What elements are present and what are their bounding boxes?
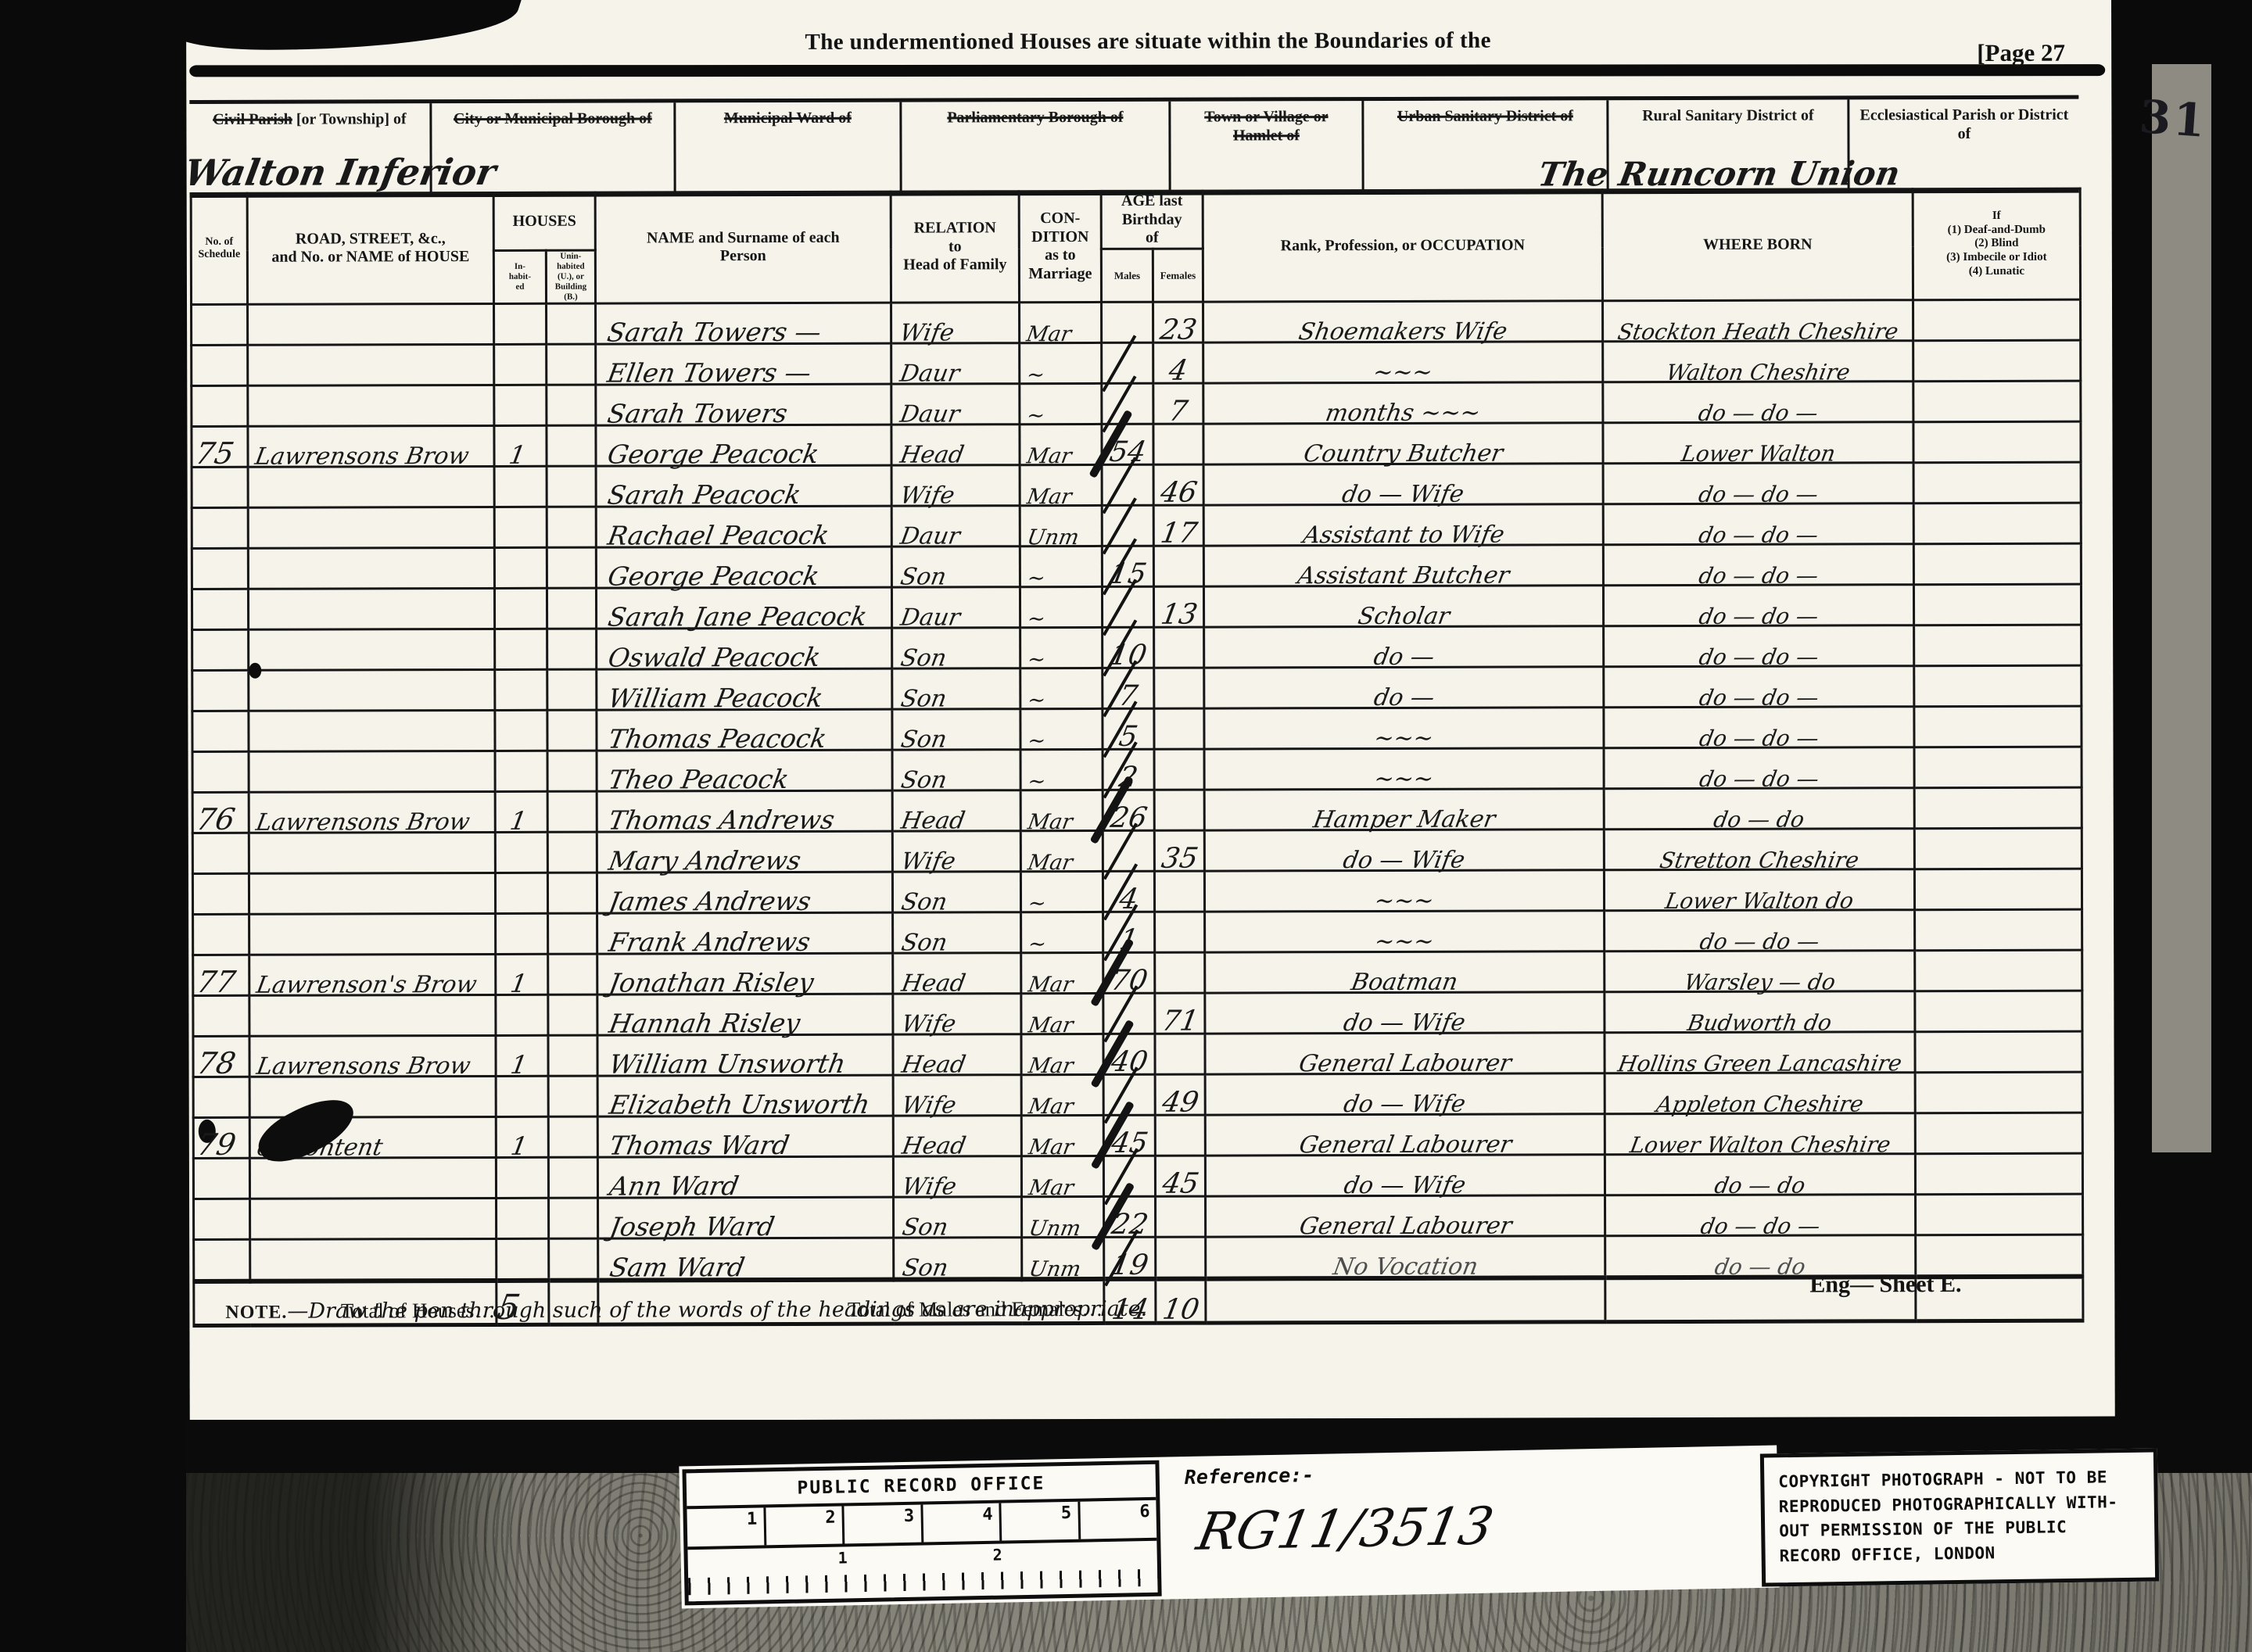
table-row: Elizabeth UnsworthWifeMar49do — WifeAppl… bbox=[193, 1072, 2082, 1117]
cell-relation: Head bbox=[893, 1115, 1021, 1156]
cell-relation: Wife bbox=[893, 993, 1021, 1034]
cell-occupation-text: Hamper Maker bbox=[1311, 805, 1497, 833]
cell-disability bbox=[1915, 991, 2082, 1032]
cell-name: Sarah Towers — bbox=[596, 303, 891, 344]
table-row: 78Lawrensons Brow1William UnsworthHeadMa… bbox=[193, 1031, 2082, 1077]
cell-name-text: William Peacock bbox=[595, 682, 826, 713]
cell-occupation: General Labourer bbox=[1205, 1032, 1605, 1073]
cell-uninhabited bbox=[547, 466, 596, 507]
cell-age-female: 13 bbox=[1153, 586, 1203, 627]
cell-born-text: do — do — bbox=[1697, 481, 1820, 507]
cell-schedule: 76 bbox=[192, 792, 249, 833]
cell-born-text: do — do bbox=[1712, 806, 1806, 832]
cell-schedule: 77 bbox=[193, 955, 249, 995]
total-females-value: 10 bbox=[1156, 1278, 1206, 1323]
cell-name: Rachael Peacock bbox=[596, 506, 891, 547]
cell-condition-text: Mar bbox=[1020, 810, 1074, 834]
cell-relation: Daur bbox=[891, 383, 1020, 424]
cell-born: do — do — bbox=[1603, 462, 1913, 503]
cell-born: Warsley — do bbox=[1605, 950, 1915, 991]
cell-name-text: Sam Ward bbox=[597, 1252, 747, 1283]
cell-disability bbox=[1914, 869, 2082, 910]
cell-schedule bbox=[192, 751, 249, 792]
cell-born-text: do — do — bbox=[1697, 643, 1820, 669]
cell-road bbox=[248, 344, 494, 385]
cell-born-text: do — do — bbox=[1697, 725, 1820, 751]
cell-age-female bbox=[1155, 1115, 1205, 1156]
cell-name: Joseph Ward bbox=[598, 1197, 894, 1238]
cell-condition-text: Unm bbox=[1020, 1217, 1082, 1241]
cell-born: Walton Cheshire bbox=[1603, 340, 1913, 382]
cell-schedule bbox=[192, 385, 248, 426]
cell-occupation-text: ~~~ bbox=[1372, 887, 1436, 914]
cell-occupation-text: ~~~ bbox=[1372, 927, 1436, 955]
cell-name-text: Ann Ward bbox=[597, 1170, 741, 1201]
cell-occupation-text: Boatman bbox=[1349, 968, 1460, 995]
census-table: No. of Schedule ROAD, STREET, &c., and N… bbox=[190, 188, 2085, 1328]
table-row: Hannah RisleyWifeMar71do — WifeBudworth … bbox=[193, 991, 2082, 1036]
cell-schedule bbox=[192, 629, 249, 670]
cell-occupation: Assistant Butcher bbox=[1203, 544, 1603, 586]
cell-name: Ann Ward bbox=[597, 1156, 893, 1198]
cell-name: George Peacock bbox=[596, 425, 891, 466]
cell-relation: Son bbox=[891, 546, 1020, 586]
cell-born-text: do — do — bbox=[1698, 765, 1821, 791]
cell-road: Lawrensons Brow bbox=[248, 425, 494, 467]
cell-born-text: do — do bbox=[1713, 1253, 1808, 1279]
cell-born: do — do — bbox=[1603, 381, 1913, 422]
cell-relation: Wife bbox=[892, 830, 1020, 871]
cell-inhabited-text: 1 bbox=[495, 1131, 530, 1160]
cell-inhabited bbox=[495, 629, 547, 669]
cell-condition-text: ~ bbox=[1019, 607, 1047, 631]
cell-age-female-text: 46 bbox=[1158, 476, 1200, 508]
cell-disability bbox=[1916, 1194, 2083, 1235]
table-row: Mary AndrewsWifeMar35do — WifeStretton C… bbox=[192, 828, 2082, 873]
cell-relation-text: Wife bbox=[892, 1173, 959, 1200]
cell-occupation: ~~~ bbox=[1204, 707, 1604, 748]
cell-born-text: Warsley — do bbox=[1682, 969, 1837, 995]
cell-road bbox=[248, 385, 494, 426]
cell-disability bbox=[1913, 543, 2081, 585]
cell-uninhabited bbox=[549, 1238, 598, 1281]
cell-disability bbox=[1915, 1031, 2082, 1073]
cell-inhabited bbox=[494, 507, 547, 547]
copyright-stamp-box: COPYRIGHT PHOTOGRAPH - NOT TO BEREPRODUC… bbox=[1760, 1448, 2159, 1586]
cell-relation-text: Head bbox=[892, 1132, 968, 1159]
col-header-occupation: Rank, Profession, or OCCUPATION bbox=[1203, 190, 1602, 302]
boundary-cell-label: Urban Sanitary District of bbox=[1397, 107, 1573, 125]
cell-born-text: do — do — bbox=[1696, 400, 1820, 425]
cell-schedule bbox=[192, 711, 249, 751]
cell-relation: Son bbox=[892, 749, 1020, 790]
cell-age-female bbox=[1154, 627, 1204, 668]
cell-relation-text: Wife bbox=[891, 482, 957, 509]
cell-occupation-text: months ~~~ bbox=[1324, 399, 1483, 427]
cell-occupation: General Labourer bbox=[1205, 1113, 1605, 1155]
cell-name: Sam Ward bbox=[598, 1238, 894, 1280]
cell-relation: Head bbox=[891, 424, 1020, 464]
cell-condition: Mar bbox=[1020, 302, 1102, 342]
cell-occupation-text: do — bbox=[1372, 643, 1436, 670]
cell-road: of Content bbox=[249, 1116, 496, 1158]
cell-road bbox=[249, 710, 495, 751]
pro-stamp-box: PUBLIC RECORD OFFICE 123456 1 2 bbox=[682, 1460, 1161, 1606]
cell-name-text: George Peacock bbox=[595, 560, 822, 591]
cell-born: do — do — bbox=[1604, 706, 1914, 747]
cell-uninhabited bbox=[547, 629, 597, 669]
table-row: Frank AndrewsSon~1~~~do — do — bbox=[193, 909, 2082, 955]
folio-number: 31 bbox=[2138, 90, 2209, 148]
cell-relation-text: Son bbox=[891, 888, 949, 916]
cell-occupation-text: do — bbox=[1372, 683, 1436, 711]
cell-age-female: 49 bbox=[1155, 1074, 1205, 1115]
reference-value: RG11/3513 bbox=[1192, 1496, 1498, 1562]
ruler-inch-2: 2 bbox=[992, 1546, 1002, 1564]
cell-relation-text: Daur bbox=[890, 360, 962, 387]
cell-relation: Daur bbox=[891, 342, 1020, 383]
boundary-cell-value: The Runcorn Union bbox=[1535, 154, 1902, 195]
cell-condition: Unm bbox=[1020, 505, 1102, 546]
ruler-cm-cell: 2 bbox=[766, 1506, 844, 1545]
cell-inhabited: 1 bbox=[495, 791, 547, 832]
cell-condition: ~ bbox=[1020, 749, 1103, 790]
cell-condition-text: Mar bbox=[1019, 485, 1074, 509]
cell-inhabited-text: 1 bbox=[493, 805, 529, 835]
boundary-cell-value: Walton Inferior bbox=[181, 151, 500, 195]
cell-schedule bbox=[192, 873, 249, 914]
cell-condition: Mar bbox=[1020, 830, 1103, 871]
cell-occupation: do — Wife bbox=[1204, 829, 1604, 870]
cell-age-female bbox=[1155, 952, 1205, 993]
cell-born-text: Lower Walton do bbox=[1663, 887, 1856, 914]
cell-disability bbox=[1914, 665, 2082, 707]
cell-inhabited bbox=[497, 1198, 549, 1238]
cell-born: Stockton Heath Cheshire bbox=[1603, 299, 1913, 341]
scan-paper-edge bbox=[2152, 64, 2211, 1152]
cell-name: Sarah Jane Peacock bbox=[596, 587, 891, 629]
cell-schedule bbox=[192, 467, 248, 507]
cell-born-text: Walton Cheshire bbox=[1664, 359, 1852, 385]
reference-zone: Reference:- RG11/3513 bbox=[1162, 1446, 1779, 1600]
cell-condition: ~ bbox=[1020, 871, 1103, 912]
cell-relation-text: Son bbox=[891, 766, 949, 794]
cell-inhabited-text: 1 bbox=[494, 1049, 529, 1079]
cell-born: Stretton Cheshire bbox=[1604, 828, 1914, 869]
cell-road bbox=[248, 466, 494, 507]
cell-inhabited: 1 bbox=[494, 425, 547, 466]
copyright-line: RECORD OFFICE, LONDON bbox=[1779, 1539, 2143, 1568]
cell-age-female: 17 bbox=[1153, 505, 1203, 546]
cell-born: do — do — bbox=[1604, 625, 1914, 666]
cell-condition: Mar bbox=[1021, 952, 1103, 993]
cell-born: Lower Walton bbox=[1603, 421, 1913, 463]
cell-born: do — do — bbox=[1604, 665, 1914, 707]
cell-relation: Daur bbox=[891, 505, 1020, 546]
ruler-cm-cell: 4 bbox=[923, 1503, 1002, 1543]
boundary-cell: Civil Parish [or Township] of Walton Inf… bbox=[189, 103, 432, 193]
cell-name-text: Elizabeth Unsworth bbox=[596, 1088, 872, 1120]
cell-age-female bbox=[1153, 546, 1203, 586]
cell-relation: Son bbox=[892, 871, 1020, 912]
cell-born-text: Hollins Green Lancashire bbox=[1616, 1050, 1904, 1077]
cell-born: Lower Walton Cheshire bbox=[1605, 1113, 1915, 1154]
cell-occupation-text: do — Wife bbox=[1342, 1009, 1468, 1036]
cell-inhabited bbox=[494, 466, 547, 507]
cell-relation: Son bbox=[892, 668, 1020, 708]
ruler-cm-cell: 1 bbox=[687, 1507, 766, 1546]
cell-age-female-text: 35 bbox=[1159, 842, 1200, 874]
cell-inhabited bbox=[495, 751, 547, 791]
cell-relation: Son bbox=[894, 1237, 1022, 1279]
cell-occupation: General Labourer bbox=[1206, 1195, 1605, 1236]
cell-schedule bbox=[192, 345, 248, 385]
cell-occupation: do — Wife bbox=[1205, 991, 1605, 1033]
cell-inhabited-text: 1 bbox=[494, 968, 529, 998]
cell-occupation: do — Wife bbox=[1205, 1154, 1605, 1195]
boundary-cell-label: Municipal Ward of bbox=[724, 109, 852, 127]
cell-age-female: 46 bbox=[1153, 464, 1203, 505]
cell-disability bbox=[1913, 584, 2081, 625]
table-row: Rachael PeacockDaurUnm17Assistant to Wif… bbox=[192, 503, 2081, 548]
cell-uninhabited bbox=[547, 710, 597, 751]
cell-road bbox=[248, 303, 494, 345]
cell-name: Ellen Towers — bbox=[596, 343, 891, 385]
cell-relation: Head bbox=[892, 790, 1020, 830]
footer-note: NOTE.—Draw the pen through such of the w… bbox=[225, 1297, 1147, 1324]
table-row: Thomas PeacockSon~5~~~do — do — bbox=[192, 706, 2082, 751]
cell-born-text: do — do — bbox=[1697, 684, 1820, 710]
boundary-cell: Municipal Ward of bbox=[676, 102, 902, 192]
cell-relation-text: Head bbox=[891, 969, 967, 997]
cell-condition: ~ bbox=[1020, 586, 1102, 627]
cell-age-female: 4 bbox=[1153, 342, 1203, 383]
cell-name-text: Joseph Ward bbox=[597, 1211, 777, 1242]
cell-born-text: Appleton Cheshire bbox=[1655, 1091, 1866, 1117]
cell-relation-text: Son bbox=[891, 563, 948, 590]
cell-disability bbox=[1915, 1113, 2082, 1154]
cell-occupation-text: No Vocation bbox=[1331, 1252, 1480, 1280]
cell-schedule-text: 79 bbox=[192, 1127, 238, 1161]
cell-born-text: do — do — bbox=[1697, 521, 1820, 547]
table-row: George PeacockSon~15Assistant Butcherdo … bbox=[192, 543, 2081, 589]
cell-inhabited bbox=[495, 832, 547, 873]
cell-occupation: do — bbox=[1204, 625, 1604, 667]
cell-schedule bbox=[194, 1239, 250, 1281]
cell-name-text: Sarah Towers — bbox=[594, 316, 824, 347]
cell-relation-text: Son bbox=[891, 726, 948, 753]
cell-born: Lower Walton do bbox=[1604, 869, 1914, 910]
cell-inhabited bbox=[494, 588, 547, 629]
cell-road: Lawrensons Brow bbox=[249, 791, 495, 833]
cell-born: Hollins Green Lancashire bbox=[1605, 1031, 1915, 1073]
ruler-cm-cell: 5 bbox=[1001, 1502, 1080, 1541]
census-body: Sarah Towers —WifeMar23Shoemakers WifeSt… bbox=[192, 299, 2083, 1281]
cell-inhabited bbox=[496, 994, 548, 1035]
cell-relation-text: Wife bbox=[891, 848, 958, 875]
cell-age-female bbox=[1154, 708, 1204, 749]
cell-uninhabited bbox=[547, 385, 596, 425]
table-row: 75Lawrensons Brow1George PeacockHeadMar5… bbox=[192, 421, 2081, 467]
cell-relation: Head bbox=[893, 952, 1021, 993]
col-header-name: NAME and Surname of each Person bbox=[595, 192, 891, 303]
cell-condition-text: ~ bbox=[1020, 769, 1048, 794]
cell-condition: Mar bbox=[1021, 1156, 1103, 1196]
cell-occupation: ~~~ bbox=[1205, 910, 1605, 951]
cell-inhabited: 1 bbox=[496, 1116, 548, 1157]
cell-name: Theo Peacock bbox=[597, 750, 892, 791]
cell-born-text: Stockton Heath Cheshire bbox=[1615, 318, 1900, 345]
cell-disability bbox=[1915, 1153, 2082, 1195]
cell-name: Hannah Risley bbox=[597, 994, 893, 1035]
cell-name: William Unsworth bbox=[597, 1034, 893, 1076]
table-row: Oswald PeacockSon~10do —do — do — bbox=[192, 625, 2082, 670]
cell-schedule: 78 bbox=[193, 1036, 249, 1077]
cell-road bbox=[248, 588, 494, 629]
cell-name-text: George Peacock bbox=[594, 439, 821, 470]
cell-age-female bbox=[1156, 1196, 1206, 1237]
boundary-header: Civil Parish [or Township] of Walton Inf… bbox=[189, 95, 2078, 198]
cell-uninhabited bbox=[547, 588, 596, 629]
boundary-cell: Rural Sanitary District of The Runcorn U… bbox=[1608, 99, 1849, 189]
cell-age-female-text: 49 bbox=[1160, 1086, 1201, 1118]
col-header-females: Females bbox=[1153, 249, 1203, 302]
cell-age-female-text: 17 bbox=[1158, 517, 1200, 549]
cell-age-female-text: 4 bbox=[1167, 354, 1190, 386]
cell-relation-text: Son bbox=[891, 685, 948, 712]
cell-name-text: Mary Andrews bbox=[595, 845, 803, 876]
cell-relation-text: Wife bbox=[891, 1010, 958, 1037]
pro-stamp-sticker: PUBLIC RECORD OFFICE 123456 1 2 Referenc… bbox=[679, 1446, 1779, 1609]
table-row: James AndrewsSon~4~~~Lower Walton do bbox=[192, 869, 2082, 914]
boundary-cell-label: Civil Parish bbox=[213, 111, 292, 128]
cell-occupation: ~~~ bbox=[1204, 747, 1604, 789]
cell-occupation-text: General Labourer bbox=[1297, 1212, 1514, 1240]
cell-age-female: 45 bbox=[1155, 1156, 1205, 1196]
cell-schedule-text: 78 bbox=[192, 1045, 238, 1080]
cell-born: do — do — bbox=[1605, 1194, 1916, 1235]
census-header: No. of Schedule ROAD, STREET, &c., and N… bbox=[191, 188, 2080, 304]
cell-occupation: Assistant to Wife bbox=[1203, 503, 1603, 545]
cell-uninhabited bbox=[547, 669, 597, 710]
cell-schedule bbox=[194, 1199, 250, 1239]
cell-occupation-text: ~~~ bbox=[1372, 765, 1436, 792]
cell-occupation-text: Assistant to Wife bbox=[1300, 521, 1506, 549]
cell-age-female bbox=[1155, 912, 1205, 952]
cell-condition-text: Mar bbox=[1020, 1095, 1075, 1119]
cell-born-text: Lower Walton bbox=[1679, 440, 1837, 467]
cell-condition-text: ~ bbox=[1019, 363, 1047, 387]
cell-condition-text: ~ bbox=[1020, 729, 1048, 753]
cell-schedule bbox=[192, 670, 249, 711]
cell-road bbox=[249, 832, 495, 873]
cell-born: do — do — bbox=[1603, 543, 1913, 585]
cell-relation-text: Son bbox=[891, 644, 948, 672]
cell-age-female bbox=[1154, 749, 1204, 790]
cell-name-text: Oswald Peacock bbox=[595, 641, 823, 672]
cell-inhabited bbox=[495, 710, 547, 751]
cell-occupation-text: General Labourer bbox=[1296, 1049, 1513, 1077]
cell-schedule-text: 76 bbox=[191, 801, 238, 836]
cell-disability bbox=[1914, 787, 2082, 829]
ruler-inch-1: 1 bbox=[837, 1548, 848, 1567]
table-row: 76Lawrensons Brow1Thomas AndrewsHeadMar2… bbox=[192, 787, 2082, 833]
col-header-disability: If (1) Deaf-and-Dumb (2) Blind (3) Imbec… bbox=[1913, 188, 2080, 299]
cell-condition-text: Mar bbox=[1020, 1135, 1075, 1159]
sheet-label: Eng— Sheet E. bbox=[1809, 1271, 1961, 1299]
cell-relation-text: Daur bbox=[891, 604, 963, 631]
cell-name-text: Sarah Jane Peacock bbox=[595, 600, 870, 632]
cell-schedule bbox=[193, 1077, 249, 1117]
cell-condition-text: ~ bbox=[1020, 891, 1048, 916]
cell-occupation-text: ~~~ bbox=[1371, 358, 1435, 385]
boundary-cell-label: Ecclesiastical Parish or District of bbox=[1859, 106, 2068, 142]
cell-schedule bbox=[192, 507, 248, 548]
table-row: 77Lawrenson's Brow1Jonathan RisleyHeadMa… bbox=[193, 950, 2082, 995]
cell-disability bbox=[1916, 1235, 2083, 1277]
cell-inhabited bbox=[496, 1157, 548, 1198]
cell-name: Oswald Peacock bbox=[597, 628, 892, 669]
cell-occupation-text: do — Wife bbox=[1340, 480, 1466, 507]
cell-road bbox=[249, 913, 496, 955]
cell-name: Jonathan Risley bbox=[597, 953, 893, 994]
cell-name-text: Ellen Towers — bbox=[594, 357, 814, 389]
cell-born: do — do — bbox=[1604, 747, 1914, 788]
cell-occupation: do — bbox=[1204, 666, 1604, 708]
cell-schedule bbox=[192, 833, 249, 873]
col-header-houses: HOUSES bbox=[493, 192, 595, 250]
cell-name: Sarah Peacock bbox=[596, 465, 891, 507]
cell-relation-text: Son bbox=[892, 1254, 950, 1281]
cell-condition: ~ bbox=[1020, 627, 1103, 668]
cell-disability bbox=[1914, 828, 2082, 869]
cell-uninhabited bbox=[547, 791, 597, 832]
cell-age-female bbox=[1155, 1034, 1205, 1074]
cell-inhabited bbox=[494, 385, 547, 425]
cell-age-female bbox=[1153, 424, 1203, 464]
cell-name-text: Theo Peacock bbox=[595, 764, 791, 795]
cell-uninhabited bbox=[547, 425, 596, 466]
col-header-age: AGE last Birthday of bbox=[1101, 191, 1203, 249]
cell-name: James Andrews bbox=[597, 872, 892, 913]
cell-disability bbox=[1913, 503, 2081, 544]
cell-occupation-text: do — Wife bbox=[1342, 1171, 1468, 1199]
cell-age-female bbox=[1154, 790, 1204, 830]
cell-occupation-text: General Labourer bbox=[1296, 1131, 1513, 1159]
cell-name-text: Sarah Towers bbox=[594, 398, 790, 429]
cell-uninhabited bbox=[548, 1076, 597, 1116]
cell-inhabited bbox=[497, 1238, 549, 1281]
cell-relation: Wife bbox=[893, 1156, 1021, 1196]
cell-condition-text: ~ bbox=[1019, 566, 1047, 590]
cell-occupation: Boatman bbox=[1205, 951, 1605, 992]
cell-condition-text: Mar bbox=[1020, 973, 1075, 997]
cell-uninhabited bbox=[547, 344, 596, 385]
cell-schedule: 75 bbox=[192, 426, 248, 467]
cell-relation: Head bbox=[893, 1034, 1021, 1074]
cell-disability bbox=[1915, 950, 2082, 991]
cell-condition: ~ bbox=[1020, 342, 1102, 383]
cell-relation-text: Daur bbox=[891, 522, 963, 550]
cell-age-female-text: 45 bbox=[1160, 1167, 1201, 1199]
cell-born: do — do bbox=[1604, 787, 1914, 829]
cell-occupation-text: Scholar bbox=[1356, 602, 1452, 629]
cell-name: Sarah Towers bbox=[596, 384, 891, 425]
cell-relation: Son bbox=[892, 627, 1020, 668]
cell-road bbox=[249, 1157, 496, 1199]
cell-age-female bbox=[1154, 668, 1204, 708]
cell-name: Thomas Ward bbox=[597, 1116, 893, 1157]
